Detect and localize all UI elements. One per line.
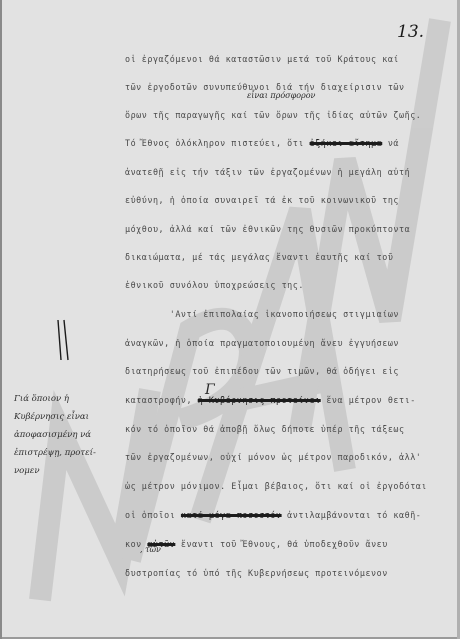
typed-line: ἀναγκῶν, ἡ ὁποία πραγματοποιουμένη ἄνευ … bbox=[125, 338, 399, 348]
typed-text: οἱ ὁποῖοι bbox=[125, 510, 181, 520]
page-number: 13. bbox=[397, 22, 424, 42]
double-line-mark-icon bbox=[55, 318, 71, 362]
handwritten-insertion: Γ bbox=[205, 382, 215, 398]
typed-line: καταστροφήν, ἡ Κυβέρνησις προτείνει ἕνα … bbox=[125, 395, 416, 405]
typed-line: 'Αντί ἐπιπολαίας ἱκανοποιήσεως στιγμιαίω… bbox=[125, 309, 399, 319]
handwritten-insertion: , τῶν bbox=[140, 545, 161, 554]
typed-line: δικαιώματα, μέ τάς μεγάλας ἔναντι ἑαυτῆς… bbox=[125, 252, 393, 262]
margin-note-line: ἀποφασισμένη νά bbox=[14, 426, 124, 444]
struck-out-text: κατά μέγα ποσοστόν bbox=[181, 510, 282, 520]
typed-line: ἀνατεθῇ εἰς τήν τάξιν τῶν ἐργαζομένων ἡ … bbox=[125, 167, 410, 177]
typed-line: διατηρήσεως τοῦ ἐπιπέδου τῶν τιμῶν, θά ὁ… bbox=[125, 366, 399, 376]
typed-text: Τό Ἔθνος ὁλόκληρον πιστεύει, ὅτι bbox=[125, 138, 310, 148]
typed-line: ὡς μέτρον μόνιμον. Εἶμαι βέβαιος, ὅτι κα… bbox=[125, 481, 427, 491]
typed-line: Τό Ἔθνος ὁλόκληρον πιστεύει, ὅτι ἐξήκει … bbox=[125, 138, 399, 148]
typed-line: κον αὐτῶν ἔναντι τοῦ Ἔθνους, θά ὑποδεχθο… bbox=[125, 539, 388, 549]
typed-text: νά bbox=[382, 138, 399, 148]
typed-line: μόχθου, ἀλλά καί τῶν ἐθνικῶν της θυσιῶν … bbox=[125, 224, 410, 234]
struck-out-text: ἐξήκει αἴτημα bbox=[310, 138, 383, 148]
typed-line: εὐθύνη, ἡ ὁποία συναιρεῖ τά ἐκ τοῦ κοινω… bbox=[125, 195, 399, 205]
margin-note-line: ἐπιστρέψῃ, προτεί- bbox=[14, 444, 124, 462]
typed-text: ἔναντι τοῦ Ἔθνους, θά ὑποδεχθοῦν ἄνευ bbox=[175, 539, 388, 549]
typed-line: οἱ ὁποῖοι κατά μέγα ποσοστόν ἀντιλαμβάνο… bbox=[125, 510, 421, 520]
struck-out-text: ἡ Κυβέρνησις προτείνει bbox=[198, 395, 321, 405]
typed-line: κόν τό ὁποῖον θά ἀποβῇ ὅλως δήποτε ὑπέρ … bbox=[125, 424, 405, 434]
margin-double-line-mark bbox=[55, 318, 71, 366]
typed-text: ἕνα μέτρον θετι- bbox=[321, 395, 416, 405]
typed-line: ἐθνικοῦ συνόλου ὑποχρεώσεις της. bbox=[125, 280, 304, 290]
handwritten-insertion: εἶναι πρόσφορον bbox=[247, 91, 315, 100]
margin-note-line: Γιά ὅποιον ἡ bbox=[14, 390, 124, 408]
margin-handwritten-note: Γιά ὅποιον ἡ Κυβέρνησις εἶναι ἀποφασισμέ… bbox=[14, 390, 124, 480]
document-page: 13. οἱ ἐργαζόμενοι θά καταστῶσιν μετά το… bbox=[0, 0, 460, 639]
margin-note-line: νομεν bbox=[14, 462, 124, 480]
typed-text: καταστροφήν, bbox=[125, 395, 198, 405]
typed-line: τῶν ἐργαζομένων, οὐχί μόνον ὡς μέτρον πα… bbox=[125, 452, 421, 462]
margin-note-line: Κυβέρνησις εἶναι bbox=[14, 408, 124, 426]
typed-text: ἀντιλαμβάνονται τό καθῆ- bbox=[282, 510, 422, 520]
typed-line: δυστροπίας τό ὑπό τῆς Κυβερνήσεως προτει… bbox=[125, 568, 388, 578]
typed-line: οἱ ἐργαζόμενοι θά καταστῶσιν μετά τοῦ Κρ… bbox=[125, 54, 399, 64]
typed-line: ὅρων τῆς παραγωγῆς καί τῶν ὅρων τῆς ἰδία… bbox=[125, 110, 421, 120]
